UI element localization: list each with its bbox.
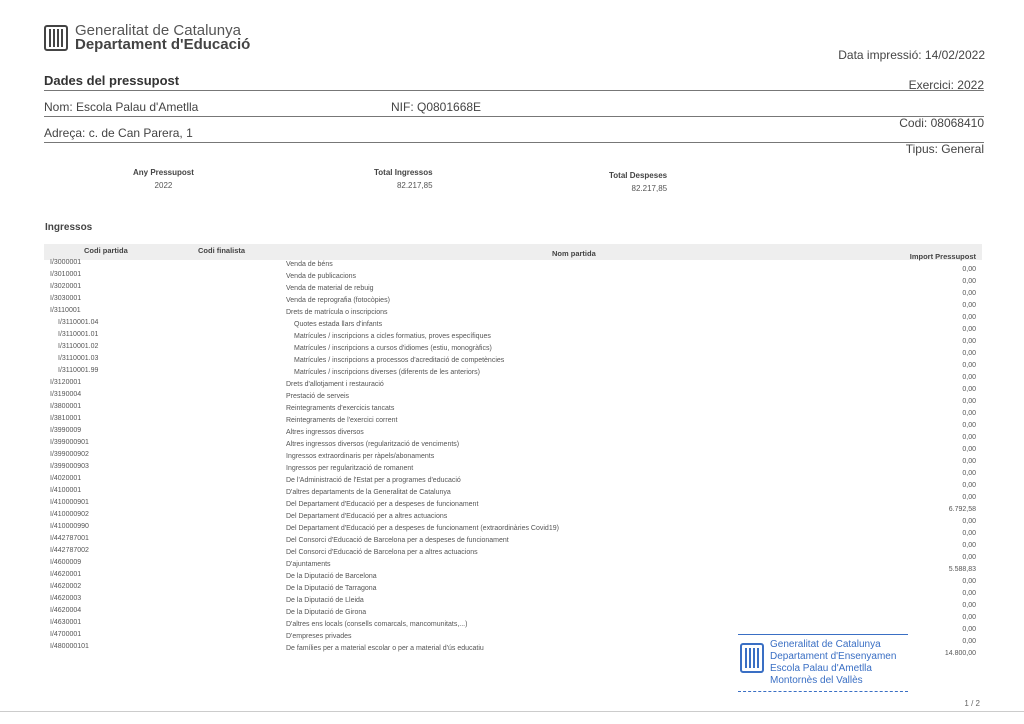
row-name: Drets de matrícula o inscripcions xyxy=(286,309,388,316)
exercise: Exercici: 2022 xyxy=(909,78,984,92)
table-row: I/4630001D'altres ens locals (consells c… xyxy=(44,618,982,630)
row-code: I/3190004 xyxy=(50,391,81,398)
row-code: I/410000901 xyxy=(50,499,89,506)
row-code: I/3110001.04 xyxy=(58,319,98,326)
row-name: D'altres departaments de la Generalitat … xyxy=(286,489,451,496)
row-code: I/3020001 xyxy=(50,283,81,290)
table-row: I/442787002Del Consorci d'Educació de Ba… xyxy=(44,546,982,558)
stamp-coat-of-arms-icon xyxy=(740,643,764,673)
row-name: Del Departament d'Educació per a despese… xyxy=(286,501,478,508)
row-name: Del Consorci d'Educació de Barcelona per… xyxy=(286,549,478,556)
row-code: I/480000101 xyxy=(50,643,89,650)
table-row: I/3110001Drets de matrícula o inscripcio… xyxy=(44,306,982,318)
table-row: I/3990009Altres ingressos diversos0,00 xyxy=(44,426,982,438)
row-name: Venda de publicacions xyxy=(286,273,356,280)
table-row: I/399000901Altres ingressos diversos (re… xyxy=(44,438,982,450)
row-name: Quotes estada llars d'infants xyxy=(294,321,382,328)
row-code: I/3110001.99 xyxy=(58,367,98,374)
details-title-row: Dades del pressupost Exercici: 2022 xyxy=(44,74,984,91)
row-name: D'empreses privades xyxy=(286,633,352,640)
row-code: I/4020001 xyxy=(50,475,81,482)
table-row: I/3110001.99Matrícules / inscripcions di… xyxy=(44,366,982,378)
row-code: I/4630001 xyxy=(50,619,81,626)
row-name: De la Diputació de Girona xyxy=(286,609,366,616)
coat-of-arms-icon xyxy=(44,25,68,51)
row-code: I/442787001 xyxy=(50,535,89,542)
row-code: I/4620002 xyxy=(50,583,81,590)
row-code: I/4620004 xyxy=(50,607,81,614)
nif: NIF: Q0801668E xyxy=(391,100,481,114)
row-name: Del Departament d'Educació per a altres … xyxy=(286,513,447,520)
table-row: I/4600009D'ajuntaments5.588,83 xyxy=(44,558,982,570)
table-row: I/3110001.02Matrícules / inscripcions a … xyxy=(44,342,982,354)
table-row: I/399000903Ingressos per regularització … xyxy=(44,462,982,474)
row-name: Reintegraments d'exercicis tancats xyxy=(286,405,394,412)
address-row: Adreça: c. de Can Parera, 1 Tipus: Gener… xyxy=(44,126,984,143)
row-name: Altres ingressos diversos (regularitzaci… xyxy=(286,441,459,448)
row-name: Matrícules / inscripcions a cursos d'idi… xyxy=(294,345,492,352)
summary-year: Any Pressupost 2022 xyxy=(133,168,194,190)
row-name: Prestació de serveis xyxy=(286,393,349,400)
row-name: Venda de béns xyxy=(286,261,333,268)
table-row: I/4620003De la Diputació de Lleida0,00 xyxy=(44,594,982,606)
row-code: I/3120001 xyxy=(50,379,81,386)
row-code: I/3990009 xyxy=(50,427,81,434)
row-code: I/3000001 xyxy=(50,259,81,266)
row-amount: 14.800,00 xyxy=(945,650,976,657)
table-row: I/4620001De la Diputació de Barcelona0,0… xyxy=(44,570,982,582)
table-row: I/3810001Reintegraments de l'exercici co… xyxy=(44,414,982,426)
row-code: I/3110001 xyxy=(50,307,81,314)
table-row: I/3000001Venda de béns0,00 xyxy=(44,258,982,270)
row-name: Drets d'allotjament i restauració xyxy=(286,381,384,388)
col-name: Nom partida xyxy=(552,249,596,258)
row-name: D'altres ens locals (consells comarcals,… xyxy=(286,621,467,628)
row-code: I/399000903 xyxy=(50,463,89,470)
table-row: I/3020001Venda de material de rebuig0,00 xyxy=(44,282,982,294)
row-code: I/399000902 xyxy=(50,451,89,458)
budget-type: Tipus: General xyxy=(906,142,984,156)
row-name: Ingressos per regularització de romanent xyxy=(286,465,413,472)
row-name: De la Diputació de Barcelona xyxy=(286,573,377,580)
row-name: Matrícules / inscripcions diverses (dife… xyxy=(294,369,480,376)
details-title: Dades del pressupost xyxy=(44,73,179,88)
table-row: I/399000902Ingressos extraordinaris per … xyxy=(44,450,982,462)
row-code: I/410000990 xyxy=(50,523,89,530)
department-name: Departament d'Educació xyxy=(75,38,250,52)
table-row: I/3110001.01Matrícules / inscripcions a … xyxy=(44,330,982,342)
table-row: I/4620004De la Diputació de Girona0,00 xyxy=(44,606,982,618)
row-code: I/3010001 xyxy=(50,271,81,278)
row-name: Del Consorci d'Educació de Barcelona per… xyxy=(286,537,509,544)
table-row: I/410000901Del Departament d'Educació pe… xyxy=(44,498,982,510)
row-code: I/3110001.01 xyxy=(58,331,98,338)
row-name: De l'Administració de l'Estat per a prog… xyxy=(286,477,461,484)
table-row: I/4100001D'altres departaments de la Gen… xyxy=(44,486,982,498)
row-code: I/4700001 xyxy=(50,631,81,638)
row-name: Ingressos extraordinaris per ràpels/abon… xyxy=(286,453,434,460)
address: Adreça: c. de Can Parera, 1 xyxy=(44,126,193,140)
row-name: De la Diputació de Tarragona xyxy=(286,585,377,592)
table-row: I/3010001Venda de publicacions0,00 xyxy=(44,270,982,282)
row-code: I/399000901 xyxy=(50,439,89,446)
table-row: I/3120001Drets d'allotjament i restaurac… xyxy=(44,378,982,390)
summary-income: Total Ingressos 82.217,85 xyxy=(374,168,433,190)
row-code: I/4620003 xyxy=(50,595,81,602)
row-code: I/442787002 xyxy=(50,547,89,554)
row-code: I/3110001.03 xyxy=(58,355,98,362)
page-number: 1 / 2 xyxy=(964,699,980,708)
table-row: I/4020001De l'Administració de l'Estat p… xyxy=(44,474,982,486)
col-code: Codi partida xyxy=(84,246,128,255)
table-row: I/410000902Del Departament d'Educació pe… xyxy=(44,510,982,522)
row-name: Matrícules / inscripcions a cicles forma… xyxy=(294,333,491,340)
school-name: Nom: Escola Palau d'Ametlla xyxy=(44,100,198,114)
table-row: I/3030001Venda de reprografia (fotocòpie… xyxy=(44,294,982,306)
row-name: D'ajuntaments xyxy=(286,561,331,568)
income-table-body: I/3000001Venda de béns0,00I/3010001Venda… xyxy=(44,258,982,654)
print-date: Data impressió: 14/02/2022 xyxy=(838,48,985,62)
table-row: I/3110001.03Matrícules / inscripcions a … xyxy=(44,354,982,366)
official-stamp: Generalitat de Catalunya Departament d'E… xyxy=(738,634,908,692)
row-code: I/3030001 xyxy=(50,295,81,302)
row-code: I/3810001 xyxy=(50,415,81,422)
row-code: I/4100001 xyxy=(50,487,81,494)
table-row: I/3800001Reintegraments d'exercicis tanc… xyxy=(44,402,982,414)
row-code: I/3800001 xyxy=(50,403,81,410)
generalitat-logo: Generalitat de Catalunya Departament d'E… xyxy=(44,24,250,52)
row-name: Reintegraments de l'exercici corrent xyxy=(286,417,397,424)
row-name: De la Diputació de Lleida xyxy=(286,597,364,604)
table-row: I/3190004Prestació de serveis0,00 xyxy=(44,390,982,402)
row-name: Altres ingressos diversos xyxy=(286,429,364,436)
row-name: Venda de material de rebuig xyxy=(286,285,374,292)
row-name: Matrícules / inscripcions a processos d'… xyxy=(294,357,504,364)
table-row: I/4620002De la Diputació de Tarragona0,0… xyxy=(44,582,982,594)
col-finalist: Codi finalista xyxy=(198,246,245,255)
row-code: I/3110001.02 xyxy=(58,343,98,350)
row-code: I/4620001 xyxy=(50,571,81,578)
table-row: I/442787001Del Consorci d'Educació de Ba… xyxy=(44,534,982,546)
row-name: De famílies per a material escolar o per… xyxy=(286,645,484,652)
row-code: I/4600009 xyxy=(50,559,81,566)
footer-divider xyxy=(0,711,1024,712)
row-name: Venda de reprografia (fotocòpies) xyxy=(286,297,390,304)
table-row: I/410000990Del Departament d'Educació pe… xyxy=(44,522,982,534)
summary-expense: Total Despeses 82.217,85 xyxy=(609,171,667,193)
row-code: I/410000902 xyxy=(50,511,89,518)
name-row: Nom: Escola Palau d'Ametlla NIF: Q080166… xyxy=(44,100,984,117)
section-title: Ingressos xyxy=(45,222,92,233)
row-name: Del Departament d'Educació per a despese… xyxy=(286,525,559,532)
table-row: I/3110001.04Quotes estada llars d'infant… xyxy=(44,318,982,330)
